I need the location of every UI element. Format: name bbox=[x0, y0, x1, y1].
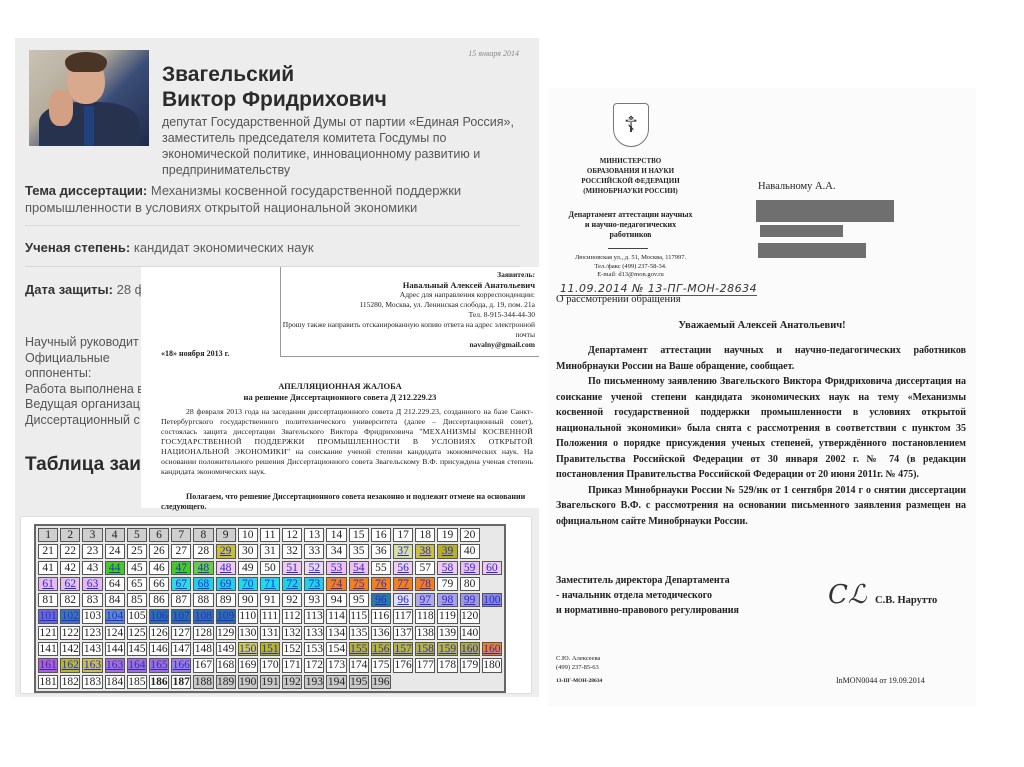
applicant-address: 115280, Москва, ул. Ленинская слобода, д… bbox=[281, 300, 535, 310]
table-cell: 57 bbox=[415, 561, 435, 575]
table-cell: 170 bbox=[260, 658, 280, 672]
detail-item: Научный руководит bbox=[25, 335, 150, 351]
photo-tie bbox=[84, 106, 94, 146]
letter-subject: О рассмотрении обращения bbox=[556, 294, 681, 305]
detail-item: Ведущая организац bbox=[25, 397, 150, 413]
table-cell: 50 bbox=[260, 561, 280, 575]
table-cell: 145 bbox=[127, 642, 147, 656]
thesis-label: Тема диссертации: bbox=[25, 183, 147, 198]
table-cell: 132 bbox=[282, 626, 302, 640]
table-cell: 85 bbox=[127, 593, 147, 607]
table-cell: 128 bbox=[193, 626, 213, 640]
table-cell[interactable]: 161 bbox=[38, 658, 58, 672]
table-cell: 121 bbox=[38, 626, 58, 640]
applicant-phone: Тел. 8-915-344-44-30 bbox=[281, 310, 535, 320]
appeal-conclusion: Полагаем, что решение Диссертационного с… bbox=[161, 492, 533, 512]
table-cell: 22 bbox=[60, 544, 80, 558]
table-cell[interactable]: 163 bbox=[105, 658, 125, 672]
coat-of-arms-icon: ☦ bbox=[613, 103, 649, 147]
table-cell: 7 bbox=[171, 528, 191, 542]
table-cell: 93 bbox=[304, 593, 324, 607]
table-cell: 187 bbox=[171, 675, 191, 689]
table-cell[interactable]: 56 bbox=[393, 561, 413, 575]
table-cell[interactable]: 29 bbox=[216, 544, 236, 558]
table-cell[interactable]: 165 bbox=[149, 658, 169, 672]
table-cell: 133 bbox=[304, 626, 324, 640]
redaction-block bbox=[760, 225, 843, 237]
signer-name: С.В. Нарутто bbox=[875, 595, 937, 606]
table-cell: 176 bbox=[393, 658, 413, 672]
table-cell: 20 bbox=[460, 528, 480, 542]
table-cell: 34 bbox=[326, 544, 346, 558]
empty-cell bbox=[437, 675, 457, 689]
table-cell: 89 bbox=[216, 593, 236, 607]
detail-item: Работа выполнена в bbox=[25, 382, 150, 398]
letter-body: Департамент аттестации научных и научно-… bbox=[556, 343, 966, 529]
table-cell[interactable]: 101 bbox=[38, 609, 58, 623]
table-cell: 119 bbox=[437, 609, 457, 623]
table-cell: 16 bbox=[371, 528, 391, 542]
table-cell: 122 bbox=[60, 626, 80, 640]
table-cell: 66 bbox=[149, 577, 169, 591]
table-cell: 11 bbox=[260, 528, 280, 542]
empty-cell bbox=[482, 626, 502, 640]
table-cell: 193 bbox=[304, 675, 324, 689]
table-cell[interactable]: 102 bbox=[60, 609, 80, 623]
table-cell[interactable]: 159 bbox=[437, 642, 457, 656]
table-cell: 188 bbox=[193, 675, 213, 689]
table-cell: 189 bbox=[216, 675, 236, 689]
empty-cell bbox=[482, 528, 502, 542]
table-cell: 192 bbox=[282, 675, 302, 689]
table-cell: 21 bbox=[38, 544, 58, 558]
table-cell[interactable]: 74 bbox=[326, 577, 346, 591]
empty-cell bbox=[482, 544, 502, 558]
table-cell: 195 bbox=[349, 675, 369, 689]
table-cell: 24 bbox=[105, 544, 125, 558]
table-cell: 88 bbox=[193, 593, 213, 607]
table-cell: 14 bbox=[326, 528, 346, 542]
table-cell[interactable]: 54 bbox=[349, 561, 369, 575]
table-cell: 13 bbox=[304, 528, 324, 542]
empty-cell bbox=[482, 577, 502, 591]
table-cell[interactable]: 58 bbox=[437, 561, 457, 575]
empty-cell bbox=[460, 675, 480, 689]
ministry-letter: ☦ МИНИСТЕРСТВО ОБРАЗОВАНИЯ И НАУКИ РОССИ… bbox=[548, 88, 976, 706]
table-cell: 177 bbox=[415, 658, 435, 672]
degree-label: Ученая степень: bbox=[25, 240, 130, 255]
table-cell: 26 bbox=[149, 544, 169, 558]
table-cell: 91 bbox=[260, 593, 280, 607]
table-cell: 144 bbox=[105, 642, 125, 656]
portrait-photo bbox=[29, 50, 149, 146]
divider bbox=[25, 225, 520, 226]
table-cell: 92 bbox=[282, 593, 302, 607]
numbers-table-panel: 1234567891011121314151617181920212223242… bbox=[20, 516, 532, 694]
table-cell: 23 bbox=[82, 544, 102, 558]
table-cell: 148 bbox=[193, 642, 213, 656]
profile-date: 15 января 2014 bbox=[468, 49, 519, 58]
table-cell[interactable]: 47 bbox=[171, 561, 191, 575]
table-cell[interactable]: 100 bbox=[482, 593, 502, 607]
table-cell[interactable]: 73 bbox=[304, 577, 324, 591]
table-cell: 153 bbox=[304, 642, 324, 656]
table-cell: 8 bbox=[193, 528, 213, 542]
table-cell[interactable]: 53 bbox=[326, 561, 346, 575]
table-cell[interactable]: 38 bbox=[415, 544, 435, 558]
table-cell: 1 bbox=[38, 528, 58, 542]
table-cell[interactable]: 48 bbox=[193, 561, 213, 575]
table-cell: 185 bbox=[127, 675, 147, 689]
table-cell: 154 bbox=[326, 642, 346, 656]
defense-date-field: Дата защиты: 28 фе bbox=[25, 281, 153, 298]
deputy-name: Звагельский Виктор Фридрихович bbox=[162, 62, 387, 112]
table-cell: 41 bbox=[38, 561, 58, 575]
table-cell: 9 bbox=[216, 528, 236, 542]
applicant-name: Навальный Алексей Анатольевич bbox=[281, 280, 535, 290]
applicant-box: Заявитель: Навальный Алексей Анатольевич… bbox=[280, 267, 539, 357]
table-cell: 5 bbox=[127, 528, 147, 542]
photo-hand bbox=[49, 90, 73, 126]
table-cell[interactable]: 52 bbox=[304, 561, 324, 575]
numbers-table: 1234567891011121314151617181920212223242… bbox=[34, 524, 506, 693]
table-cell: 111 bbox=[260, 609, 280, 623]
table-cell: 86 bbox=[149, 593, 169, 607]
table-cell: 79 bbox=[437, 577, 457, 591]
table-cell: 134 bbox=[326, 626, 346, 640]
table-cell: 124 bbox=[105, 626, 125, 640]
table-cell: 4 bbox=[105, 528, 125, 542]
table-cell: 3 bbox=[82, 528, 102, 542]
table-cell[interactable]: 63 bbox=[82, 577, 102, 591]
table-cell: 180 bbox=[482, 658, 502, 672]
table-cell[interactable]: 72 bbox=[282, 577, 302, 591]
detail-item: Официальные bbox=[25, 351, 150, 367]
table-cell: 112 bbox=[282, 609, 302, 623]
table-cell: 138 bbox=[415, 626, 435, 640]
table-cell: 190 bbox=[238, 675, 258, 689]
table-title: Таблица заи bbox=[25, 454, 150, 476]
table-cell[interactable]: 162 bbox=[60, 658, 80, 672]
table-cell[interactable]: 150 bbox=[238, 642, 258, 656]
letter-paragraph: Приказ Минобрнауки России № 529/нк от 1 … bbox=[556, 483, 966, 530]
surname: Звагельский bbox=[162, 62, 387, 87]
table-cell[interactable]: 155 bbox=[349, 642, 369, 656]
table-cell[interactable]: 156 bbox=[371, 642, 391, 656]
table-cell: 6 bbox=[149, 528, 169, 542]
table-cell[interactable]: 62 bbox=[60, 577, 80, 591]
table-cell[interactable]: 96 bbox=[371, 593, 391, 607]
table-cell[interactable]: 97 bbox=[415, 593, 435, 607]
redaction-block bbox=[756, 200, 894, 222]
table-cell: 196 bbox=[371, 675, 391, 689]
table-cell: 167 bbox=[193, 658, 213, 672]
table-cell: 40 bbox=[460, 544, 480, 558]
table-cell: 64 bbox=[105, 577, 125, 591]
table-cell: 12 bbox=[282, 528, 302, 542]
appeal-date: «18» ноября 2013 г. bbox=[161, 349, 229, 358]
table-cell: 36 bbox=[371, 544, 391, 558]
table-cell: 149 bbox=[216, 642, 236, 656]
table-cell: 137 bbox=[393, 626, 413, 640]
table-cell: 143 bbox=[82, 642, 102, 656]
table-cell: 94 bbox=[326, 593, 346, 607]
document-number: 13-ПГ-МОН-28634 bbox=[556, 678, 602, 684]
table-cell[interactable]: 78 bbox=[415, 577, 435, 591]
table-cell: 30 bbox=[238, 544, 258, 558]
table-cell: 140 bbox=[460, 626, 480, 640]
table-cell[interactable]: 160 bbox=[482, 642, 502, 656]
signer-title: Заместитель директора Департамента - нач… bbox=[556, 573, 739, 618]
table-cell[interactable]: 160 bbox=[460, 642, 480, 656]
table-cell: 147 bbox=[171, 642, 191, 656]
table-cell: 80 bbox=[460, 577, 480, 591]
table-cell: 139 bbox=[437, 626, 457, 640]
table-cell: 186 bbox=[149, 675, 169, 689]
table-cell: 90 bbox=[238, 593, 258, 607]
thesis-topic-field: Тема диссертации: Механизмы косвенной го… bbox=[25, 182, 495, 216]
letter-paragraph: Департамент аттестации научных и научно-… bbox=[556, 343, 966, 374]
empty-cell bbox=[482, 675, 502, 689]
table-cell: 84 bbox=[105, 593, 125, 607]
table-cell: 174 bbox=[349, 658, 369, 672]
table-cell: 129 bbox=[216, 626, 236, 640]
table-cell: 142 bbox=[60, 642, 80, 656]
table-cell: 169 bbox=[238, 658, 258, 672]
table-cell: 17 bbox=[393, 528, 413, 542]
table-cell: 81 bbox=[38, 593, 58, 607]
table-cell: 116 bbox=[371, 609, 391, 623]
address-label: Адрес для направления корреспонденции: bbox=[281, 290, 535, 300]
table-cell: 2 bbox=[60, 528, 80, 542]
table-cell[interactable]: 166 bbox=[171, 658, 191, 672]
department-name: Департамент аттестации научных и научно-… bbox=[548, 210, 713, 240]
table-cell: 32 bbox=[282, 544, 302, 558]
table-cell: 118 bbox=[415, 609, 435, 623]
table-cell: 127 bbox=[171, 626, 191, 640]
table-cell[interactable]: 44 bbox=[105, 561, 125, 575]
table-cell: 105 bbox=[127, 609, 147, 623]
empty-cell bbox=[482, 609, 502, 623]
table-cell: 31 bbox=[260, 544, 280, 558]
ministry-line: МИНИСТЕРСТВО ОБРАЗОВАНИЯ И НАУКИ РОССИЙС… bbox=[548, 156, 713, 196]
table-cell[interactable]: 109 bbox=[216, 609, 236, 623]
table-cell[interactable]: 51 bbox=[282, 561, 302, 575]
table-cell: 183 bbox=[82, 675, 102, 689]
table-cell[interactable]: 39 bbox=[437, 544, 457, 558]
table-cell: 49 bbox=[238, 561, 258, 575]
table-cell: 168 bbox=[216, 658, 236, 672]
ministry-address: Люсиновская ул., д. 51, Москва, 117997. … bbox=[548, 254, 713, 280]
table-cell: 172 bbox=[304, 658, 324, 672]
table-cell: 123 bbox=[82, 626, 102, 640]
table-cell[interactable]: 96 bbox=[393, 593, 413, 607]
appeal-heading: АПЕЛЛЯЦИОННАЯ ЖАЛОБА bbox=[141, 381, 539, 392]
letter-recipient: Навальному А.А. bbox=[758, 181, 835, 192]
table-cell[interactable]: 70 bbox=[238, 577, 258, 591]
table-cell: 110 bbox=[238, 609, 258, 623]
table-cell[interactable]: 158 bbox=[415, 642, 435, 656]
table-cell[interactable]: 107 bbox=[171, 609, 191, 623]
table-cell: 45 bbox=[127, 561, 147, 575]
signature-icon: Сℒ bbox=[828, 580, 867, 610]
table-cell: 42 bbox=[60, 561, 80, 575]
table-cell[interactable]: 151 bbox=[260, 642, 280, 656]
table-cell: 120 bbox=[460, 609, 480, 623]
table-cell: 43 bbox=[82, 561, 102, 575]
table-cell: 83 bbox=[82, 593, 102, 607]
defense-label: Дата защиты: bbox=[25, 282, 113, 297]
table-cell[interactable]: 99 bbox=[460, 593, 480, 607]
empty-cell bbox=[393, 675, 413, 689]
table-cell: 131 bbox=[260, 626, 280, 640]
table-cell: 173 bbox=[326, 658, 346, 672]
table-cell: 35 bbox=[349, 544, 369, 558]
table-cell: 114 bbox=[326, 609, 346, 623]
degree-field: Ученая степень: кандидат экономических н… bbox=[25, 239, 314, 256]
degree-value: кандидат экономических наук bbox=[134, 240, 314, 255]
deputy-position: депутат Государственной Думы от партии «… bbox=[162, 114, 527, 178]
table-cell[interactable]: 60 bbox=[482, 561, 502, 575]
table-cell[interactable]: 98 bbox=[437, 593, 457, 607]
registration-number: InMON0044 от 19.09.2014 bbox=[836, 676, 925, 685]
table-cell: 136 bbox=[371, 626, 391, 640]
table-cell: 27 bbox=[171, 544, 191, 558]
email-request: Прошу также направить отсканированную ко… bbox=[281, 320, 535, 340]
appeal-title: АПЕЛЛЯЦИОННАЯ ЖАЛОБА на решение Диссерта… bbox=[141, 381, 539, 403]
applicant-email: navalny@gmail.com bbox=[281, 340, 535, 350]
table-cell[interactable]: 76 bbox=[371, 577, 391, 591]
appeal-document: Заявитель: Навальный Алексей Анатольевич… bbox=[141, 267, 539, 508]
table-cell: 103 bbox=[82, 609, 102, 623]
details-list: Научный руководит Официальные оппоненты:… bbox=[25, 335, 150, 428]
table-cell[interactable]: 67 bbox=[171, 577, 191, 591]
table-cell: 171 bbox=[282, 658, 302, 672]
table-cell: 46 bbox=[149, 561, 169, 575]
executor-contact: С.Ю. Алексеева (499) 237-85-63 bbox=[556, 654, 600, 672]
appeal-subheading: на решение Диссертационного совета Д 212… bbox=[141, 392, 539, 403]
table-cell: 135 bbox=[349, 626, 369, 640]
photo-hair bbox=[65, 52, 107, 72]
table-cell: 19 bbox=[437, 528, 457, 542]
given-names: Виктор Фридрихович bbox=[162, 87, 387, 112]
table-cell: 184 bbox=[105, 675, 125, 689]
table-cell[interactable]: 69 bbox=[216, 577, 236, 591]
divider bbox=[608, 248, 648, 249]
table-cell: 25 bbox=[127, 544, 147, 558]
table-cell: 15 bbox=[349, 528, 369, 542]
table-cell: 82 bbox=[60, 593, 80, 607]
table-cell[interactable]: 163 bbox=[82, 658, 102, 672]
table-cell: 33 bbox=[304, 544, 324, 558]
table-cell: 113 bbox=[304, 609, 324, 623]
table-cell: 141 bbox=[38, 642, 58, 656]
table-cell: 181 bbox=[38, 675, 58, 689]
table-cell: 125 bbox=[127, 626, 147, 640]
table-cell: 146 bbox=[149, 642, 169, 656]
table-cell[interactable]: 59 bbox=[460, 561, 480, 575]
applicant-label: Заявитель: bbox=[281, 270, 535, 280]
detail-item: оппоненты: bbox=[25, 366, 150, 382]
letter-salutation: Уважаемый Алексей Анатольевич! bbox=[548, 320, 976, 331]
table-cell[interactable]: 48 bbox=[216, 561, 236, 575]
table-cell: 87 bbox=[171, 593, 191, 607]
table-cell: 95 bbox=[349, 593, 369, 607]
table-cell: 117 bbox=[393, 609, 413, 623]
table-cell[interactable]: 71 bbox=[260, 577, 280, 591]
table-cell: 65 bbox=[127, 577, 147, 591]
table-cell: 191 bbox=[260, 675, 280, 689]
table-cell[interactable]: 157 bbox=[393, 642, 413, 656]
table-cell: 115 bbox=[349, 609, 369, 623]
table-cell[interactable]: 106 bbox=[149, 609, 169, 623]
table-cell: 10 bbox=[238, 528, 258, 542]
table-cell: 175 bbox=[371, 658, 391, 672]
table-cell: 18 bbox=[415, 528, 435, 542]
table-cell: 194 bbox=[326, 675, 346, 689]
appeal-body: 28 февраля 2013 года на заседании диссер… bbox=[161, 407, 533, 477]
table-cell[interactable]: 108 bbox=[193, 609, 213, 623]
table-cell[interactable]: 75 bbox=[349, 577, 369, 591]
empty-cell bbox=[415, 675, 435, 689]
ministry-name: МИНИСТЕРСТВО ОБРАЗОВАНИЯ И НАУКИ РОССИЙС… bbox=[548, 156, 713, 196]
table-cell[interactable]: 68 bbox=[193, 577, 213, 591]
letter-paragraph: По письменному заявлению Звагельского Ви… bbox=[556, 374, 966, 483]
table-cell[interactable]: 77 bbox=[393, 577, 413, 591]
redaction-block bbox=[758, 243, 866, 258]
table-cell: 152 bbox=[282, 642, 302, 656]
detail-item: Диссертационный с bbox=[25, 413, 150, 429]
table-cell[interactable]: 61 bbox=[38, 577, 58, 591]
table-cell: 28 bbox=[193, 544, 213, 558]
table-cell: 178 bbox=[437, 658, 457, 672]
table-cell: 126 bbox=[149, 626, 169, 640]
table-cell[interactable]: 164 bbox=[127, 658, 147, 672]
table-cell: 130 bbox=[238, 626, 258, 640]
table-cell: 182 bbox=[60, 675, 80, 689]
table-cell: 179 bbox=[460, 658, 480, 672]
table-cell[interactable]: 104 bbox=[105, 609, 125, 623]
table-cell: 55 bbox=[371, 561, 391, 575]
table-cell[interactable]: 37 bbox=[393, 544, 413, 558]
